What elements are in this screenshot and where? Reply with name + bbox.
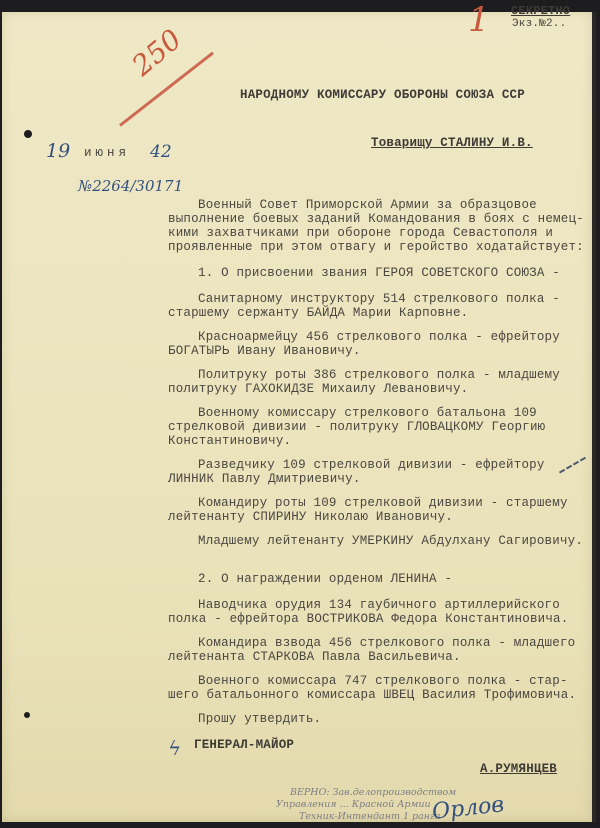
section-heading-hero: 1. О присвоении звания ГЕРОЯ СОВЕТСКОГО … xyxy=(198,266,560,280)
nominee-line: Политруку роты 386 стрелкового полка - м… xyxy=(198,368,560,382)
nominee-line: Константиновичу. xyxy=(168,434,291,448)
certification-stamp-line: ВЕРНО: Зав.делопроизводством xyxy=(290,787,456,799)
nominee-line: стрелковой дивизии - политруку ГЛОВАЦКОМ… xyxy=(168,420,545,434)
certification-stamp-line: Управления ... Красной Армии xyxy=(276,799,431,811)
copy-number: Экз.№2.. xyxy=(512,18,566,30)
intro-line: Военный Совет Приморской Армии за образц… xyxy=(198,198,537,212)
nominee-line: политруку ГАХОКИДЗЕ Михаилу Левановичу. xyxy=(168,382,468,396)
nominee-line: Командиру роты 109 стрелковой дивизии - … xyxy=(198,496,568,510)
signature-rank: ГЕНЕРАЛ-МАЙОР xyxy=(194,738,294,752)
addressee-line: НАРОДНОМУ КОМИССАРУ ОБОРОНЫ СОЮЗА ССР xyxy=(240,88,525,102)
nominee-line: Младшему лейтенанту УМЕРКИНУ Абдулхану С… xyxy=(198,534,583,548)
nominee-line: ЛИННИК Павлу Дмитриевичу. xyxy=(168,472,361,486)
binder-hole xyxy=(24,130,32,138)
intro-line: проявленные при этом отвагу и геройство … xyxy=(168,240,584,254)
blue-tick-mark: ϟ xyxy=(168,736,181,760)
pen-mark xyxy=(559,457,587,475)
nominee-line: Командира взвода 456 стрелкового полка -… xyxy=(198,636,575,650)
nominee-line: полка - ефрейтора ВОСТРИКОВА Федора Конс… xyxy=(168,612,568,626)
nominee-line: Санитарному инструктору 514 стрелкового … xyxy=(198,292,560,306)
nominee-line: Наводчика орудия 134 гаубичного артиллер… xyxy=(198,598,560,612)
nominee-line: лейтенанту СПИРИНУ Николаю Ивановичу. xyxy=(168,510,453,524)
date-month: июня xyxy=(84,146,130,160)
document-page: СЕКРЕТНО Экз.№2.. 1 250 НАРОДНОМУ КОМИСС… xyxy=(2,12,596,822)
nominee-line: шего батальонного комиссара ШВЕЦ Василия… xyxy=(168,688,576,702)
nominee-line: БОГАТЫРЬ Ивану Ивановичу. xyxy=(168,344,361,358)
date-day: 19 xyxy=(46,140,70,162)
closing-request: Прошу утвердить. xyxy=(198,712,321,726)
sheet-number: 1 xyxy=(468,0,490,40)
classification-stamp: СЕКРЕТНО xyxy=(511,4,570,18)
date-year: 42 xyxy=(150,142,172,162)
certification-stamp-line: Техник-Интендант 1 ранга xyxy=(299,811,441,823)
archive-number: 250 xyxy=(126,23,188,83)
nominee-line: лейтенанта СТАРКОВА Павла Васильевича. xyxy=(168,650,461,664)
intro-line: кими захватчиками при обороне города Сев… xyxy=(168,226,553,240)
nominee-line: Военному комиссару стрелкового батальона… xyxy=(198,406,537,420)
signature-name: А.РУМЯНЦЕВ xyxy=(480,762,557,776)
nominee-line: старшему сержанту БАЙДА Марии Карповне. xyxy=(168,306,468,320)
nominee-line: Красноармейцу 456 стрелкового полка - еф… xyxy=(198,330,560,344)
section-heading-lenin: 2. О награждении орденом ЛЕНИНА - xyxy=(198,572,452,586)
nominee-line: Военного комиссара 747 стрелкового полка… xyxy=(198,674,568,688)
nominee-line: Разведчику 109 стрелковой дивизии - ефре… xyxy=(198,458,545,472)
binder-hole xyxy=(24,712,30,718)
recipient: Товарищу СТАЛИНУ И.В. xyxy=(371,136,533,150)
intro-line: выполнение боевых заданий Командования в… xyxy=(168,212,584,226)
reference-number: №2264/30171 xyxy=(78,177,183,195)
